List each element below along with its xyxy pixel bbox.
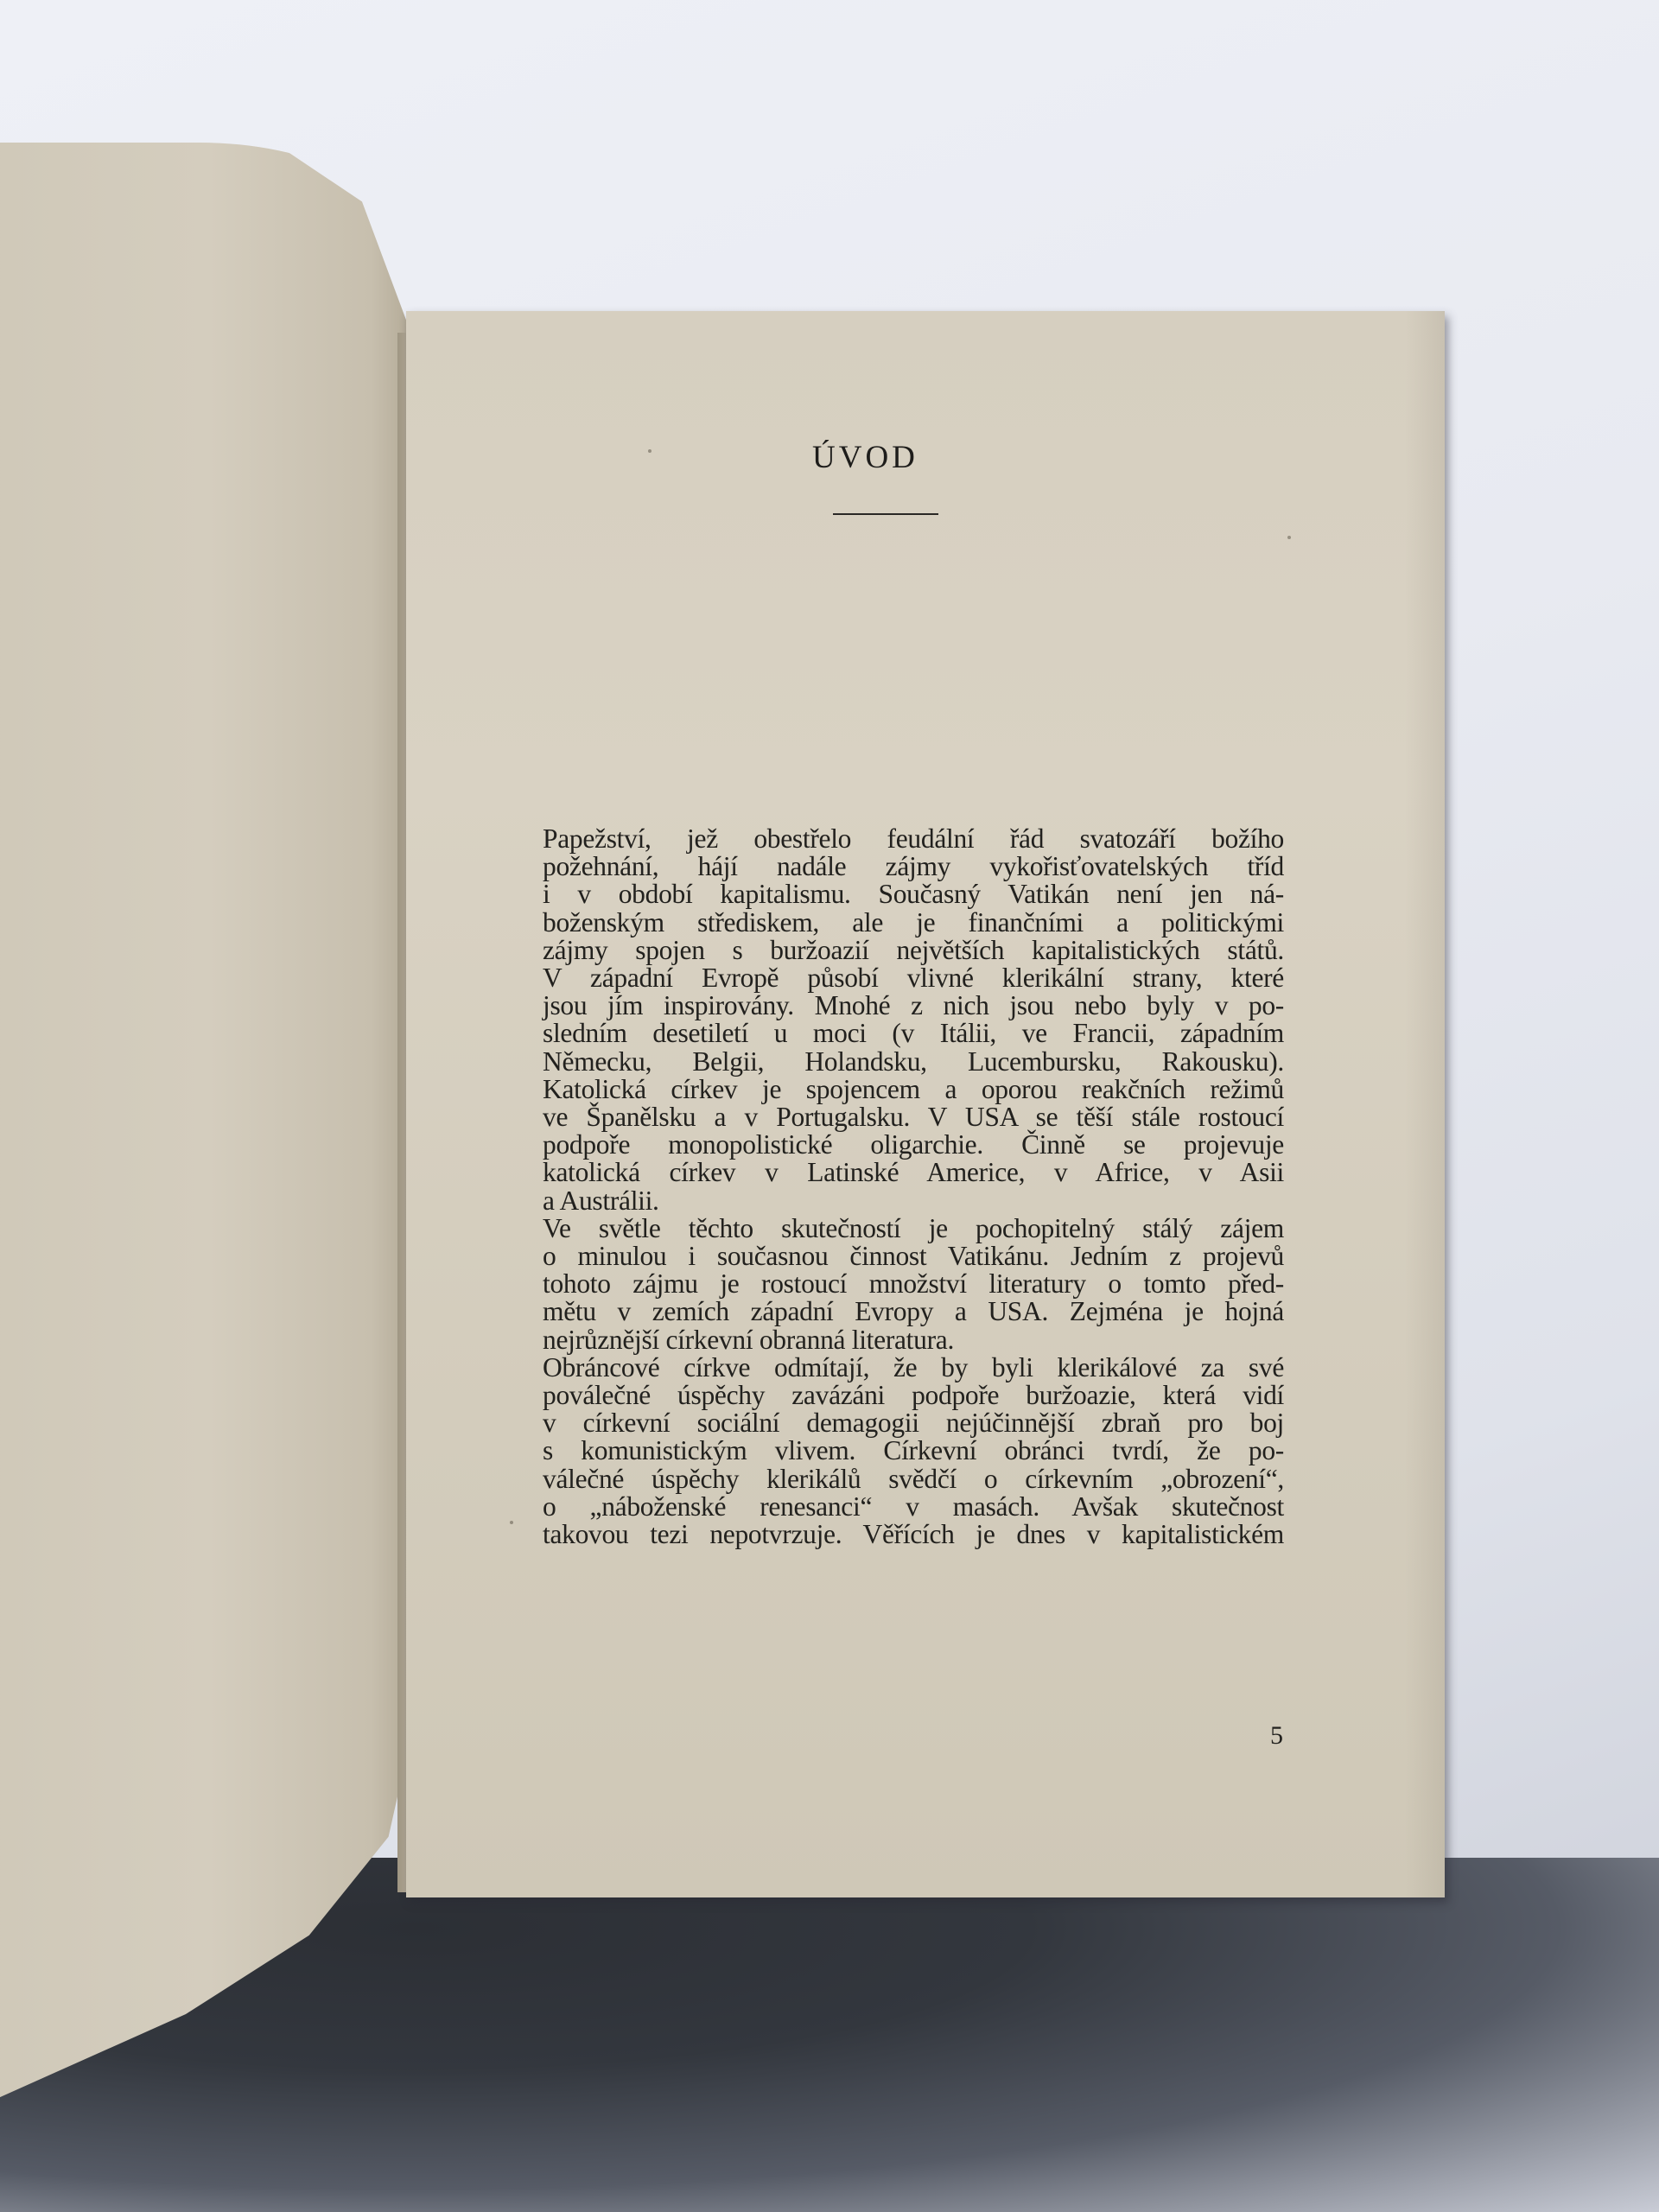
page-number: 5 xyxy=(1270,1721,1283,1751)
text-line: požehnání, hájí nadále zájmy vykořisťova… xyxy=(517,853,1284,880)
text-line: V západní Evropě působí vlivné klerikáln… xyxy=(517,964,1284,992)
text-line: Německu, Belgii, Holandsku, Lucembursku,… xyxy=(517,1048,1284,1076)
text-line: podpoře monopolistické oligarchie. Činně… xyxy=(517,1131,1284,1159)
text-line: mětu v zemích západní Evropy a USA. Zejm… xyxy=(517,1298,1284,1325)
paper-speck xyxy=(1287,536,1291,539)
page-edge xyxy=(1405,311,1445,1897)
text-line: i v období kapitalismu. Současný Vatikán… xyxy=(517,880,1284,908)
text-line: ve Španělsku a v Portugalsku. V USA se t… xyxy=(517,1103,1284,1131)
text-line: Katolická církev je spojencem a oporou r… xyxy=(517,1076,1284,1103)
text-line: s komunistickým vlivem. Církevní obránci… xyxy=(517,1437,1284,1465)
text-line: Ve světle těchto skutečností je pochopit… xyxy=(517,1215,1284,1243)
text-line: poválečné úspěchy zavázáni podpoře buržo… xyxy=(517,1382,1284,1409)
heading-rule xyxy=(833,513,938,515)
text-line: boženským střediskem, ale je finančními … xyxy=(517,909,1284,937)
text-line: a Austrálii. xyxy=(517,1187,1284,1215)
paper-speck xyxy=(648,449,652,453)
body-text: Papežství, jež obestřelo feudální řád sv… xyxy=(517,825,1284,1548)
paragraph-1: Papežství, jež obestřelo feudální řád sv… xyxy=(517,825,1284,1215)
text-line: katolická církev v Latinské Americe, v A… xyxy=(517,1159,1284,1186)
text-line: zájmy spojen s buržoazií největších kapi… xyxy=(517,937,1284,964)
paper-speck xyxy=(510,1521,513,1524)
text-line: v církevní sociální demagogii nejúčinněj… xyxy=(517,1409,1284,1437)
paragraph-2: Ve světle těchto skutečností je pochopit… xyxy=(517,1215,1284,1354)
text-line: válečné úspěchy klerikálů svědčí o círke… xyxy=(517,1465,1284,1493)
chapter-heading: ÚVOD xyxy=(812,439,1020,476)
text-line: o „náboženské renesanci“ v masách. Avšak… xyxy=(517,1493,1284,1521)
text-line: takovou tezi nepotvrzuje. Věřících je dn… xyxy=(517,1521,1284,1548)
text-line: Obráncové církve odmítají, že by byli kl… xyxy=(517,1354,1284,1382)
text-line: nejrůznější církevní obranná literatura. xyxy=(517,1326,1284,1354)
text-line: o minulou i současnou činnost Vatikánu. … xyxy=(517,1243,1284,1270)
left-page xyxy=(0,143,406,2113)
paragraph-3: Obráncové církve odmítají, že by byli kl… xyxy=(517,1354,1284,1548)
text-line: tohoto zájmu je rostoucí množství litera… xyxy=(517,1270,1284,1298)
text-line: sledním desetiletí u moci (v Itálii, ve … xyxy=(517,1020,1284,1047)
text-line: Papežství, jež obestřelo feudální řád sv… xyxy=(517,825,1284,853)
text-line: jsou jím inspirovány. Mnohé z nich jsou … xyxy=(517,992,1284,1020)
